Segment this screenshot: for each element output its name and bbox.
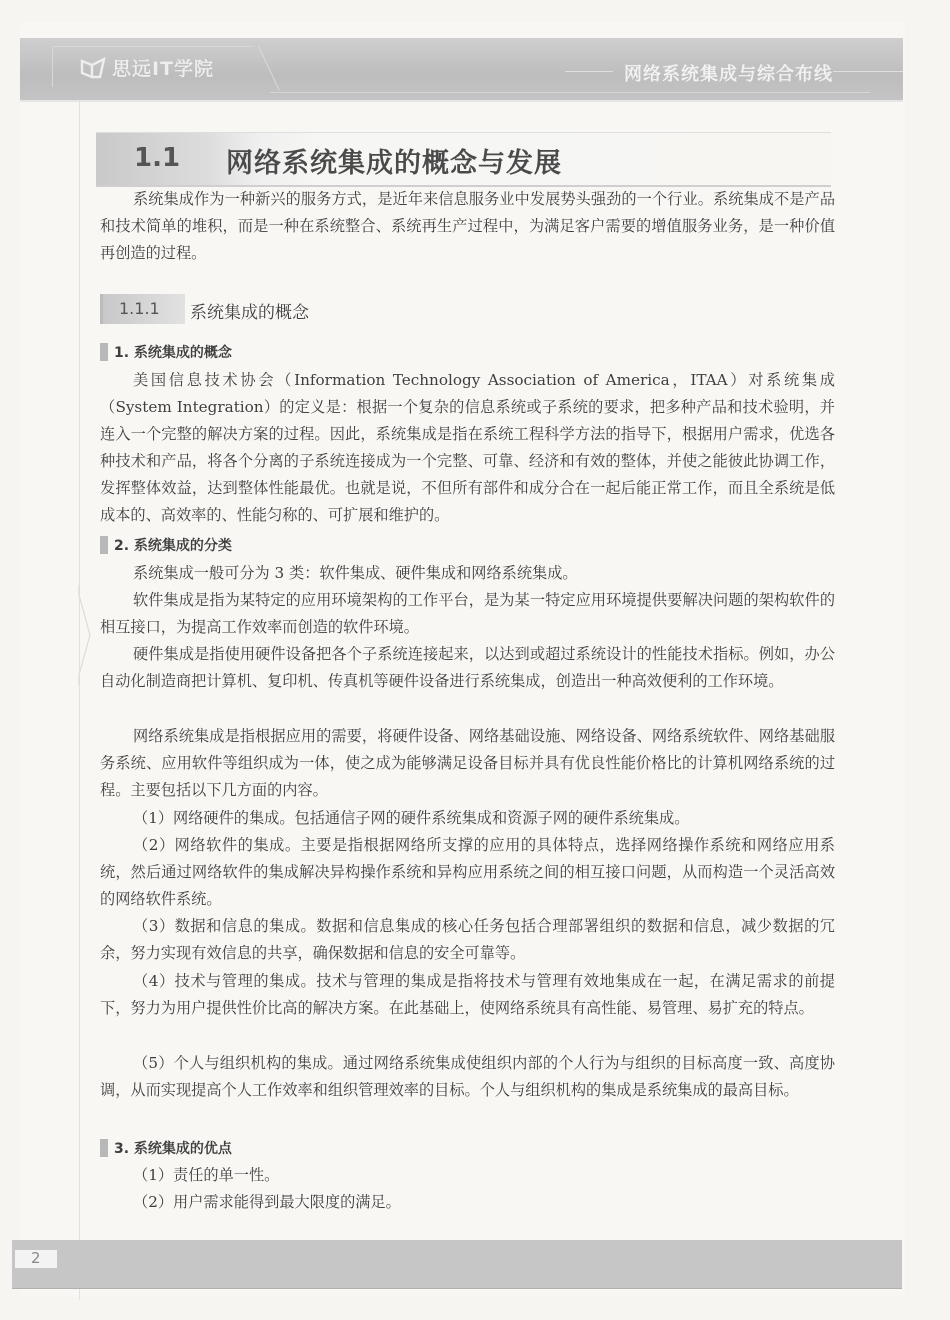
topic-heading: 1. 系统集成的概念	[100, 341, 232, 363]
subsection-number: 1.1.1	[119, 299, 160, 318]
list-item: （4）技术与管理的集成。技术与管理的集成是指将技术与管理有效地集成在一起，在满足…	[100, 968, 835, 1022]
body-paragraph: 硬件集成是指使用硬件设备把各个子系统连接起来，以达到或超过系统设计的性能技术指标…	[100, 641, 835, 695]
section-title: 网络系统集成的概念与发展	[226, 141, 562, 180]
logo-text: 思远IT学院	[112, 54, 214, 81]
book-title: 网络系统集成与综合布线	[624, 60, 833, 86]
publisher-logo: 思远IT学院	[80, 54, 214, 81]
page-number: 2	[31, 1249, 41, 1267]
margin-rule	[79, 100, 80, 1300]
margin-notch-decoration	[62, 585, 92, 685]
subsection-heading: 1.1.1 系统集成的概念	[100, 294, 340, 324]
topic-heading: 2. 系统集成的分类	[100, 534, 232, 556]
list-item: （2）用户需求能得到最大限度的满足。	[100, 1189, 835, 1216]
list-item: （1）网络硬件的集成。包括通信子网的硬件系统集成和资源子网的硬件系统集成。	[100, 805, 835, 832]
body-paragraph: 美国信息技术协会（Information Technology Associat…	[100, 367, 835, 529]
topic-heading-text: 1. 系统集成的概念	[114, 342, 232, 362]
header-rule	[270, 92, 870, 93]
topic-heading-text: 2. 系统集成的分类	[114, 535, 232, 555]
section-heading: 1.1 网络系统集成的概念与发展	[96, 132, 831, 187]
list-item: （5）个人与组织机构的集成。通过网络系统集成使组织内部的个人行为与组织的目标高度…	[100, 1050, 835, 1104]
title-rule-right	[833, 71, 903, 72]
body-paragraph: 网络系统集成是指根据应用的需要，将硬件设备、网络基础设施、网络设备、网络系统软件…	[100, 723, 835, 804]
section-number: 1.1	[134, 143, 180, 173]
body-paragraph: 软件集成是指为某特定的应用环境架构的工作平台，是为某一特定应用环境提供要解决问题…	[100, 587, 835, 641]
header-tab-divider	[258, 46, 281, 90]
subsection-number-box: 1.1.1	[100, 294, 185, 324]
topic-heading: 3. 系统集成的优点	[100, 1137, 232, 1159]
heading-marker-icon	[100, 1139, 108, 1157]
list-item: （2）网络软件的集成。主要是指根据网络所支撑的应用的具体特点，选择网络操作系统和…	[100, 832, 835, 913]
list-item: （1）责任的单一性。	[100, 1162, 835, 1189]
subsection-title: 系统集成的概念	[190, 298, 309, 323]
intro-paragraph: 系统集成作为一种新兴的服务方式，是近年来信息服务业中发展势头强劲的一个行业。系统…	[100, 186, 835, 267]
page-footer: 2	[12, 1240, 902, 1289]
title-rule-left	[565, 71, 613, 72]
heading-marker-icon	[100, 536, 108, 554]
topic-heading-text: 3. 系统集成的优点	[114, 1138, 232, 1158]
page-number-box: 2	[15, 1250, 57, 1268]
body-paragraph: 系统集成一般可分为 3 类：软件集成、硬件集成和网络系统集成。	[100, 560, 835, 587]
book-logo-icon	[80, 57, 106, 79]
page-header: 思远IT学院 网络系统集成与综合布线	[20, 38, 903, 102]
list-item: （3）数据和信息的集成。数据和信息集成的核心任务包括合理部署组织的数据和信息，减…	[100, 913, 835, 967]
heading-marker-icon	[100, 343, 108, 361]
